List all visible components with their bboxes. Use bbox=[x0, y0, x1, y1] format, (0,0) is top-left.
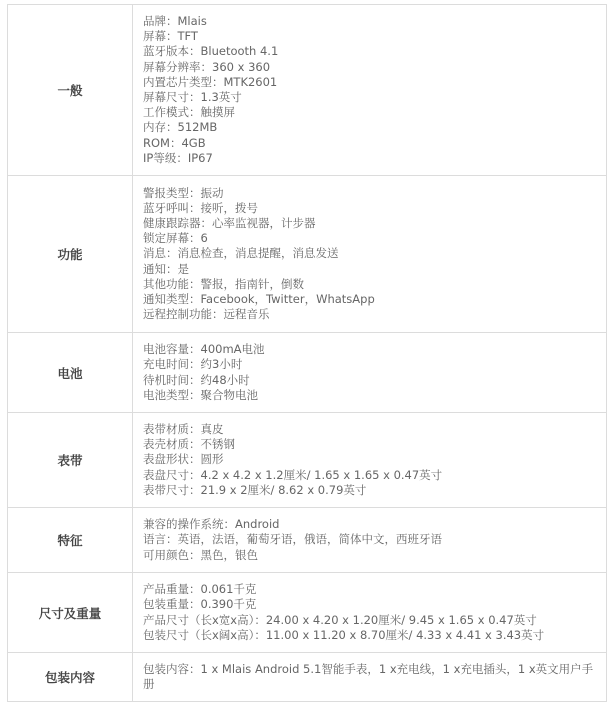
spec-line: 电池类型：聚合物电池 bbox=[143, 388, 596, 403]
spec-row-size-weight: 尺寸及重量 产品重量：0.061千克 包装重量：0.390千克 产品尺寸（长x宽… bbox=[8, 573, 607, 653]
spec-line: 蓝牙版本：Bluetooth 4.1 bbox=[143, 44, 596, 59]
section-label: 一般 bbox=[8, 5, 133, 176]
spec-row-feature: 特征 兼容的操作系统：Android 语言：英语，法语，葡萄牙语，俄语，简体中文… bbox=[8, 508, 607, 573]
spec-line: 包装重量：0.390千克 bbox=[143, 597, 596, 612]
section-label: 电池 bbox=[8, 333, 133, 413]
spec-line: 可用颜色：黑色，银色 bbox=[143, 548, 596, 563]
section-values: 包装内容：1 x Mlais Android 5.1智能手表，1 x充电线，1 … bbox=[133, 653, 607, 701]
spec-row-general: 一般 品牌：Mlais 屏幕：TFT 蓝牙版本：Bluetooth 4.1 屏幕… bbox=[8, 5, 607, 176]
section-label: 包装内容 bbox=[8, 653, 133, 701]
spec-line: 屏幕尺寸：1.3英寸 bbox=[143, 90, 596, 105]
spec-line: 待机时间：约48小时 bbox=[143, 373, 596, 388]
spec-line: 表壳材质：不锈钢 bbox=[143, 437, 596, 452]
spec-line: 兼容的操作系统：Android bbox=[143, 517, 596, 532]
section-values: 电池容量：400mA电池 充电时间：约3小时 待机时间：约48小时 电池类型：聚… bbox=[133, 333, 607, 413]
spec-line: 内置芯片类型：MTK2601 bbox=[143, 75, 596, 90]
section-values: 品牌：Mlais 屏幕：TFT 蓝牙版本：Bluetooth 4.1 屏幕分辨率… bbox=[133, 5, 607, 176]
spec-line: 内存：512MB bbox=[143, 120, 596, 135]
spec-line: 警报类型：振动 bbox=[143, 186, 596, 201]
spec-row-function: 功能 警报类型：振动 蓝牙呼叫：接听，拨号 健康跟踪器：心率监视器，计步器 锁定… bbox=[8, 176, 607, 333]
spec-line: 包装内容：1 x Mlais Android 5.1智能手表，1 x充电线，1 … bbox=[143, 662, 596, 692]
spec-line: ROM：4GB bbox=[143, 136, 596, 151]
section-label: 特征 bbox=[8, 508, 133, 573]
spec-line: 屏幕：TFT bbox=[143, 29, 596, 44]
section-label: 功能 bbox=[8, 176, 133, 333]
spec-line: 消息：消息检查，消息提醒，消息发送 bbox=[143, 246, 596, 261]
spec-row-package: 包装内容 包装内容：1 x Mlais Android 5.1智能手表，1 x充… bbox=[8, 653, 607, 701]
section-values: 表带材质：真皮 表壳材质：不锈钢 表盘形状：圆形 表盘尺寸：4.2 x 4.2 … bbox=[133, 413, 607, 508]
spec-line: 蓝牙呼叫：接听，拨号 bbox=[143, 201, 596, 216]
spec-line: 通知：是 bbox=[143, 262, 596, 277]
spec-line: 屏幕分辨率：360 x 360 bbox=[143, 60, 596, 75]
spec-line: 产品尺寸（长x宽x高）：24.00 x 4.20 x 1.20厘米/ 9.45 … bbox=[143, 613, 596, 628]
spec-table: 一般 品牌：Mlais 屏幕：TFT 蓝牙版本：Bluetooth 4.1 屏幕… bbox=[7, 4, 607, 701]
spec-line: 表盘尺寸：4.2 x 4.2 x 1.2厘米/ 1.65 x 1.65 x 0.… bbox=[143, 468, 596, 483]
spec-line: 远程控制功能：远程音乐 bbox=[143, 307, 596, 322]
spec-line: 品牌：Mlais bbox=[143, 14, 596, 29]
spec-line: 其他功能：警报，指南针，倒数 bbox=[143, 277, 596, 292]
spec-line: 通知类型：Facebook，Twitter，WhatsApp bbox=[143, 292, 596, 307]
spec-line: IP等级：IP67 bbox=[143, 151, 596, 166]
spec-line: 电池容量：400mA电池 bbox=[143, 342, 596, 357]
spec-row-battery: 电池 电池容量：400mA电池 充电时间：约3小时 待机时间：约48小时 电池类… bbox=[8, 333, 607, 413]
spec-line: 工作模式：触摸屏 bbox=[143, 105, 596, 120]
spec-line: 健康跟踪器：心率监视器，计步器 bbox=[143, 216, 596, 231]
spec-line: 包装尺寸（长x阔x高）：11.00 x 11.20 x 8.70厘米/ 4.33… bbox=[143, 628, 596, 643]
spec-line: 锁定屏幕：6 bbox=[143, 231, 596, 246]
section-label: 表带 bbox=[8, 413, 133, 508]
spec-line: 充电时间：约3小时 bbox=[143, 357, 596, 372]
section-label: 尺寸及重量 bbox=[8, 573, 133, 653]
spec-row-strap: 表带 表带材质：真皮 表壳材质：不锈钢 表盘形状：圆形 表盘尺寸：4.2 x 4… bbox=[8, 413, 607, 508]
spec-line: 语言：英语，法语，葡萄牙语，俄语，简体中文，西班牙语 bbox=[143, 532, 596, 547]
spec-line: 产品重量：0.061千克 bbox=[143, 582, 596, 597]
spec-line: 表带材质：真皮 bbox=[143, 422, 596, 437]
section-values: 产品重量：0.061千克 包装重量：0.390千克 产品尺寸（长x宽x高）：24… bbox=[133, 573, 607, 653]
section-values: 警报类型：振动 蓝牙呼叫：接听，拨号 健康跟踪器：心率监视器，计步器 锁定屏幕：… bbox=[133, 176, 607, 333]
spec-line: 表带尺寸：21.9 x 2厘米/ 8.62 x 0.79英寸 bbox=[143, 483, 596, 498]
section-values: 兼容的操作系统：Android 语言：英语，法语，葡萄牙语，俄语，简体中文，西班… bbox=[133, 508, 607, 573]
spec-line: 表盘形状：圆形 bbox=[143, 452, 596, 467]
